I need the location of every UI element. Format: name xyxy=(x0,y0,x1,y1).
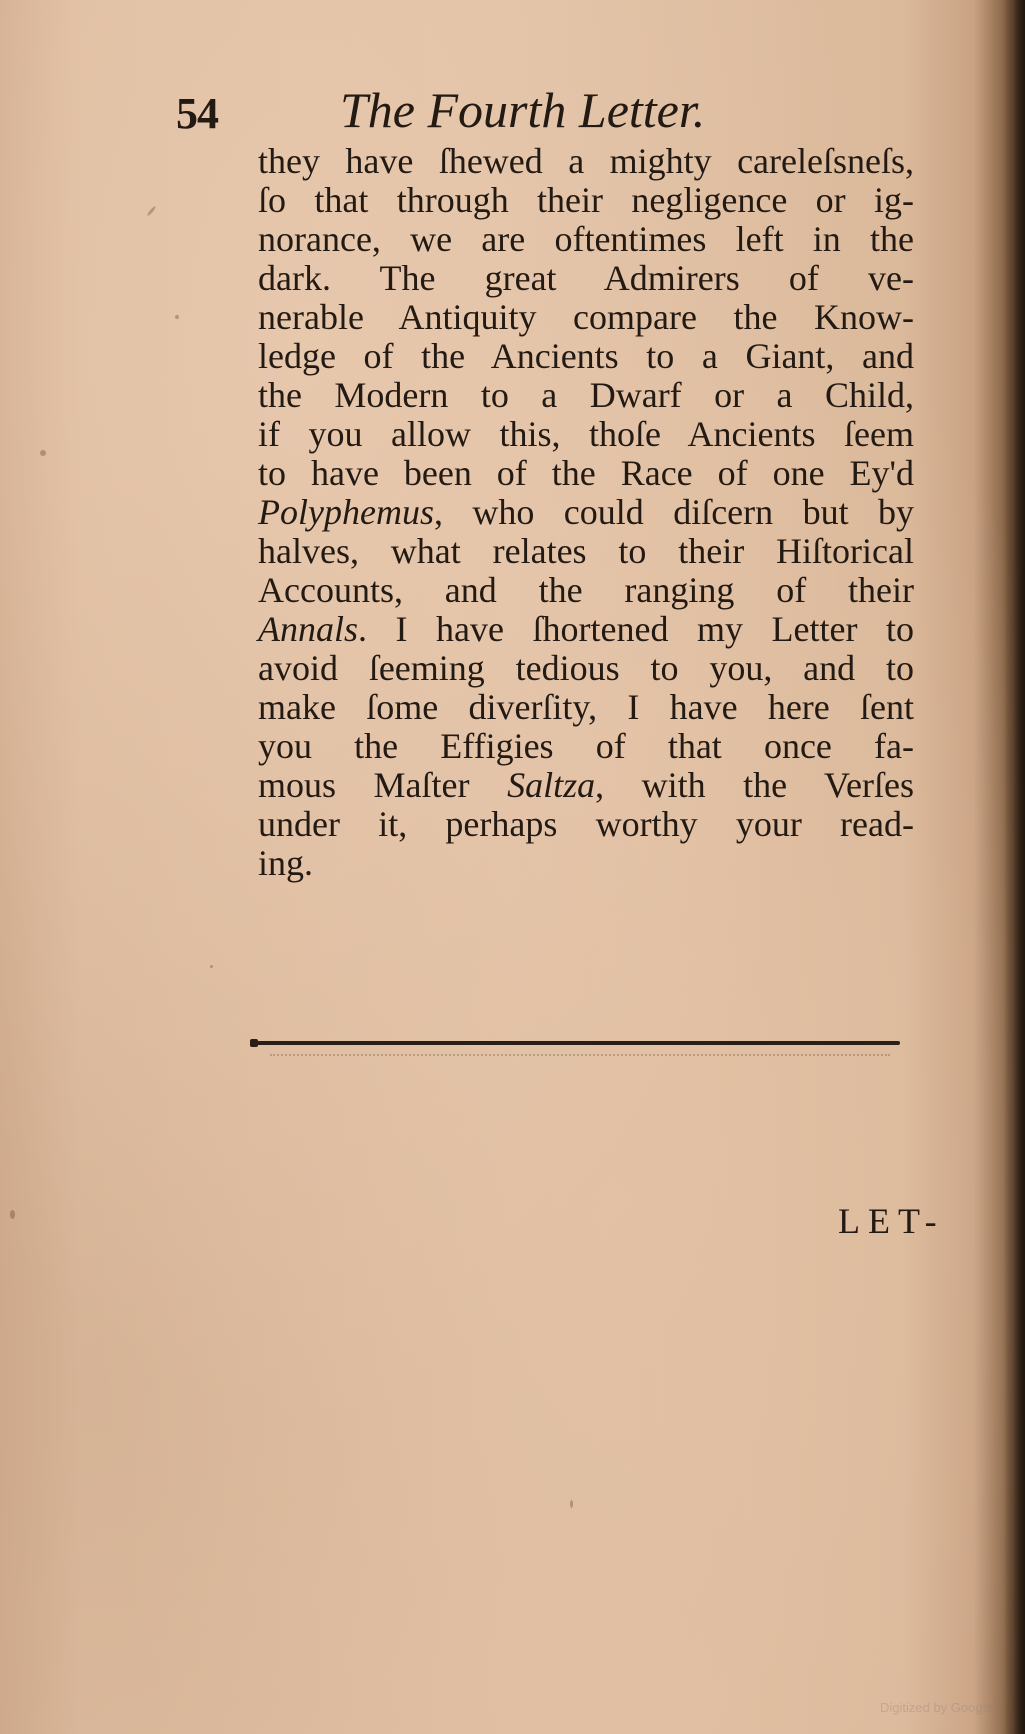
paper-stain xyxy=(210,965,213,968)
text-line: ing. xyxy=(258,844,914,883)
book-page: 54 The Fourth Letter. they have ſhewed a… xyxy=(0,0,1025,1734)
paper-stain xyxy=(570,1500,573,1508)
text-run: . I have ſhortened my Letter to xyxy=(358,609,914,649)
text-run: mous Maſter xyxy=(258,765,507,805)
paper-stain xyxy=(40,450,46,456)
text-line: ledge of the Ancients to a Giant, and xyxy=(258,337,914,376)
text-line: ſo that through their negligence or ig- xyxy=(258,181,914,220)
text-line: avoid ſeeming tedious to you, and to xyxy=(258,649,914,688)
italic-word-annals: Annals xyxy=(258,609,358,649)
page-number: 54 xyxy=(176,88,218,139)
text-run: , who could diſcern but by xyxy=(434,492,914,532)
text-line: nerable Antiquity compare the Know- xyxy=(258,298,914,337)
text-line: mous Maſter Saltza, with the Verſes xyxy=(258,766,914,805)
paper-stain xyxy=(175,315,179,319)
text-line: dark. The great Admirers of ve- xyxy=(258,259,914,298)
text-line: if you allow this, thoſe Ancients ſeem xyxy=(258,415,914,454)
text-line: Accounts, and the ranging of their xyxy=(258,571,914,610)
paper-stain xyxy=(146,205,156,216)
text-line: halves, what relates to their Hiſtorical xyxy=(258,532,914,571)
text-line: to have been of the Race of one Ey'd xyxy=(258,454,914,493)
letter-body-text: they have ſhewed a mighty careleſsneſs, … xyxy=(258,142,914,883)
catchword: LET- xyxy=(838,1200,945,1242)
paper-stain xyxy=(10,1210,15,1219)
text-line: norance, we are oftentimes left in the xyxy=(258,220,914,259)
binding-edge xyxy=(1003,0,1025,1734)
text-line: make ſome diverſity, I have here ſent xyxy=(258,688,914,727)
show-through-text xyxy=(270,1054,890,1058)
italic-name-polyphemus: Polyphemus xyxy=(258,492,434,532)
italic-name-saltza: Saltza xyxy=(507,765,595,805)
digitization-watermark: Digitized by Google xyxy=(880,1700,993,1715)
section-divider-rule xyxy=(252,1041,900,1045)
text-line: you the Effigies of that once fa- xyxy=(258,727,914,766)
text-line: they have ſhewed a mighty careleſsneſs, xyxy=(258,142,914,181)
text-line: under it, perhaps worthy your read- xyxy=(258,805,914,844)
text-line: Polyphemus, who could diſcern but by xyxy=(258,493,914,532)
text-line: Annals. I have ſhortened my Letter to xyxy=(258,610,914,649)
running-title: The Fourth Letter. xyxy=(340,80,920,140)
text-line: the Modern to a Dwarf or a Child, xyxy=(258,376,914,415)
text-run: , with the Verſes xyxy=(595,765,914,805)
